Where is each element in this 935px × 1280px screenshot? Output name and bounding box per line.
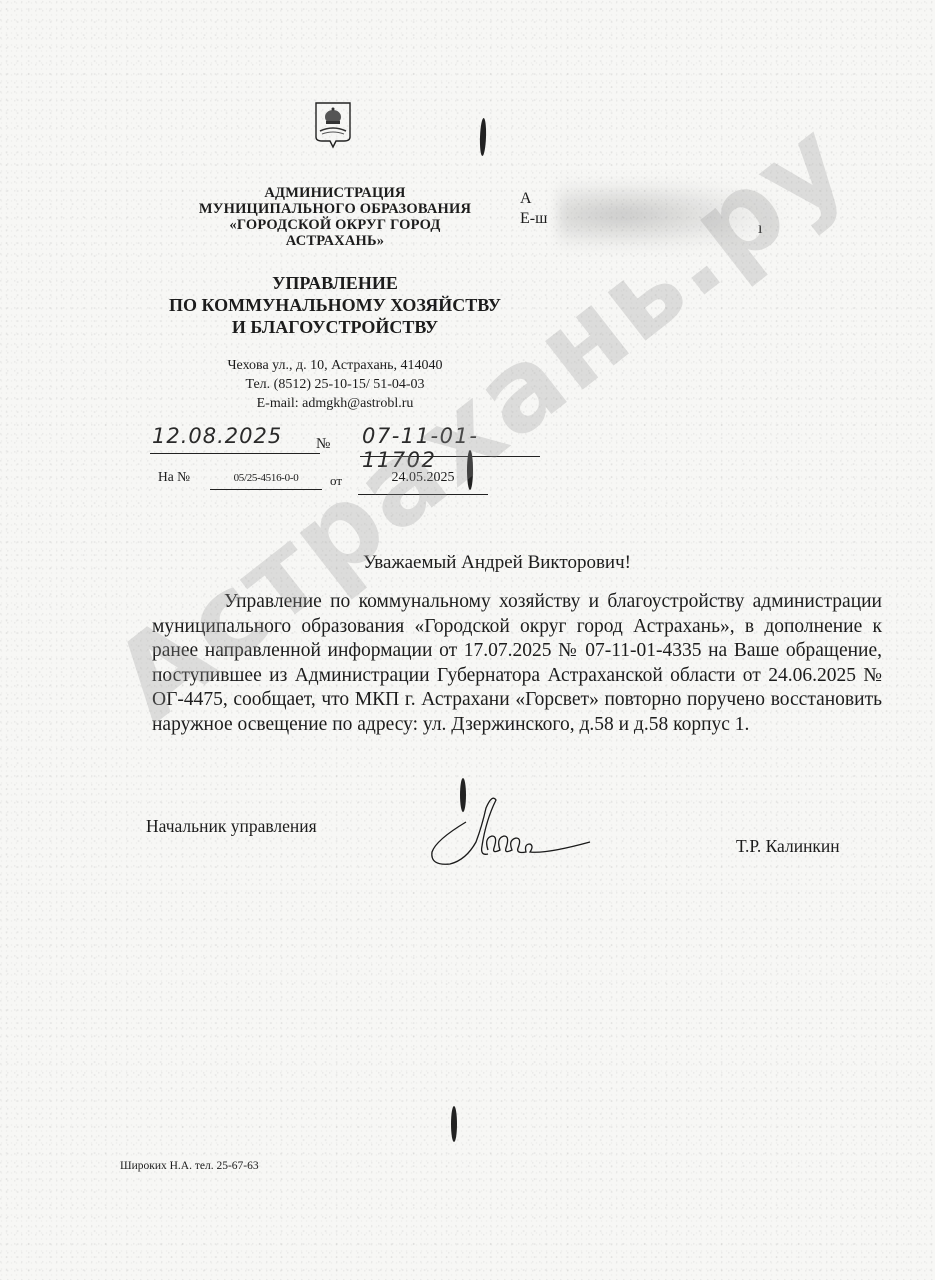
redaction-blur xyxy=(558,180,778,250)
astrakhan-coat-of-arms-icon xyxy=(314,101,352,149)
department-header: УПРАВЛЕНИЕ ПО КОММУНАЛЬНОМУ ХОЗЯЙСТВУ И … xyxy=(150,272,520,338)
dept-line: ПО КОММУНАЛЬНОМУ ХОЗЯЙСТВУ xyxy=(150,294,520,316)
scan-mark-icon xyxy=(451,1106,457,1142)
reference-from-label: от xyxy=(330,473,342,489)
scan-mark-icon xyxy=(460,778,466,812)
department-contacts: Чехова ул., д. 10, Астрахань, 414040 Тел… xyxy=(190,356,480,413)
admin-line: АДМИНИСТРАЦИЯ xyxy=(160,185,510,201)
executor-contact: Широких Н.А. тел. 25-67-63 xyxy=(120,1160,259,1172)
admin-line: АСТРАХАНЬ» xyxy=(160,233,510,249)
registration-date: 12.08.2025 xyxy=(150,424,320,454)
dept-line: И БЛАГОУСТРОЙСТВУ xyxy=(150,316,520,338)
number-sign: № xyxy=(316,436,330,453)
recipient-block-redacted: А E-ш ı xyxy=(518,170,778,260)
dept-line: УПРАВЛЕНИЕ xyxy=(150,272,520,294)
signer-title: Начальник управления xyxy=(146,816,317,837)
phone: Тел. (8512) 25-10-15/ 51-04-03 xyxy=(190,375,480,394)
recipient-tail: ı xyxy=(758,220,762,238)
admin-line: МУНИЦИПАЛЬНОГО ОБРАЗОВАНИЯ xyxy=(160,201,510,217)
signer-name: Т.Р. Калинкин xyxy=(736,836,840,857)
email: E-mail: admgkh@astrobl.ru xyxy=(190,394,480,413)
recipient-line: А xyxy=(520,190,532,208)
address: Чехова ул., д. 10, Астрахань, 414040 xyxy=(190,356,480,375)
recipient-email-line: E-ш xyxy=(520,210,547,228)
scan-mark-icon xyxy=(467,450,473,490)
greeting: Уважаемый Андрей Викторович! xyxy=(363,552,631,574)
scan-mark-icon xyxy=(479,118,486,156)
document-page: АДМИНИСТРАЦИЯ МУНИЦИПАЛЬНОГО ОБРАЗОВАНИЯ… xyxy=(0,0,935,1280)
letter-body: Управление по коммунальному хозяйству и … xyxy=(152,590,882,737)
reference-label: На № xyxy=(158,469,190,485)
registration-number: 07-11-01-11702 xyxy=(360,424,540,457)
reference-number: 05/25-4516-0-0 xyxy=(210,472,322,490)
handwritten-signature-icon xyxy=(426,790,596,880)
administration-header: АДМИНИСТРАЦИЯ МУНИЦИПАЛЬНОГО ОБРАЗОВАНИЯ… xyxy=(160,185,510,249)
admin-line: «ГОРОДСКОЙ ОКРУГ ГОРОД xyxy=(160,217,510,233)
